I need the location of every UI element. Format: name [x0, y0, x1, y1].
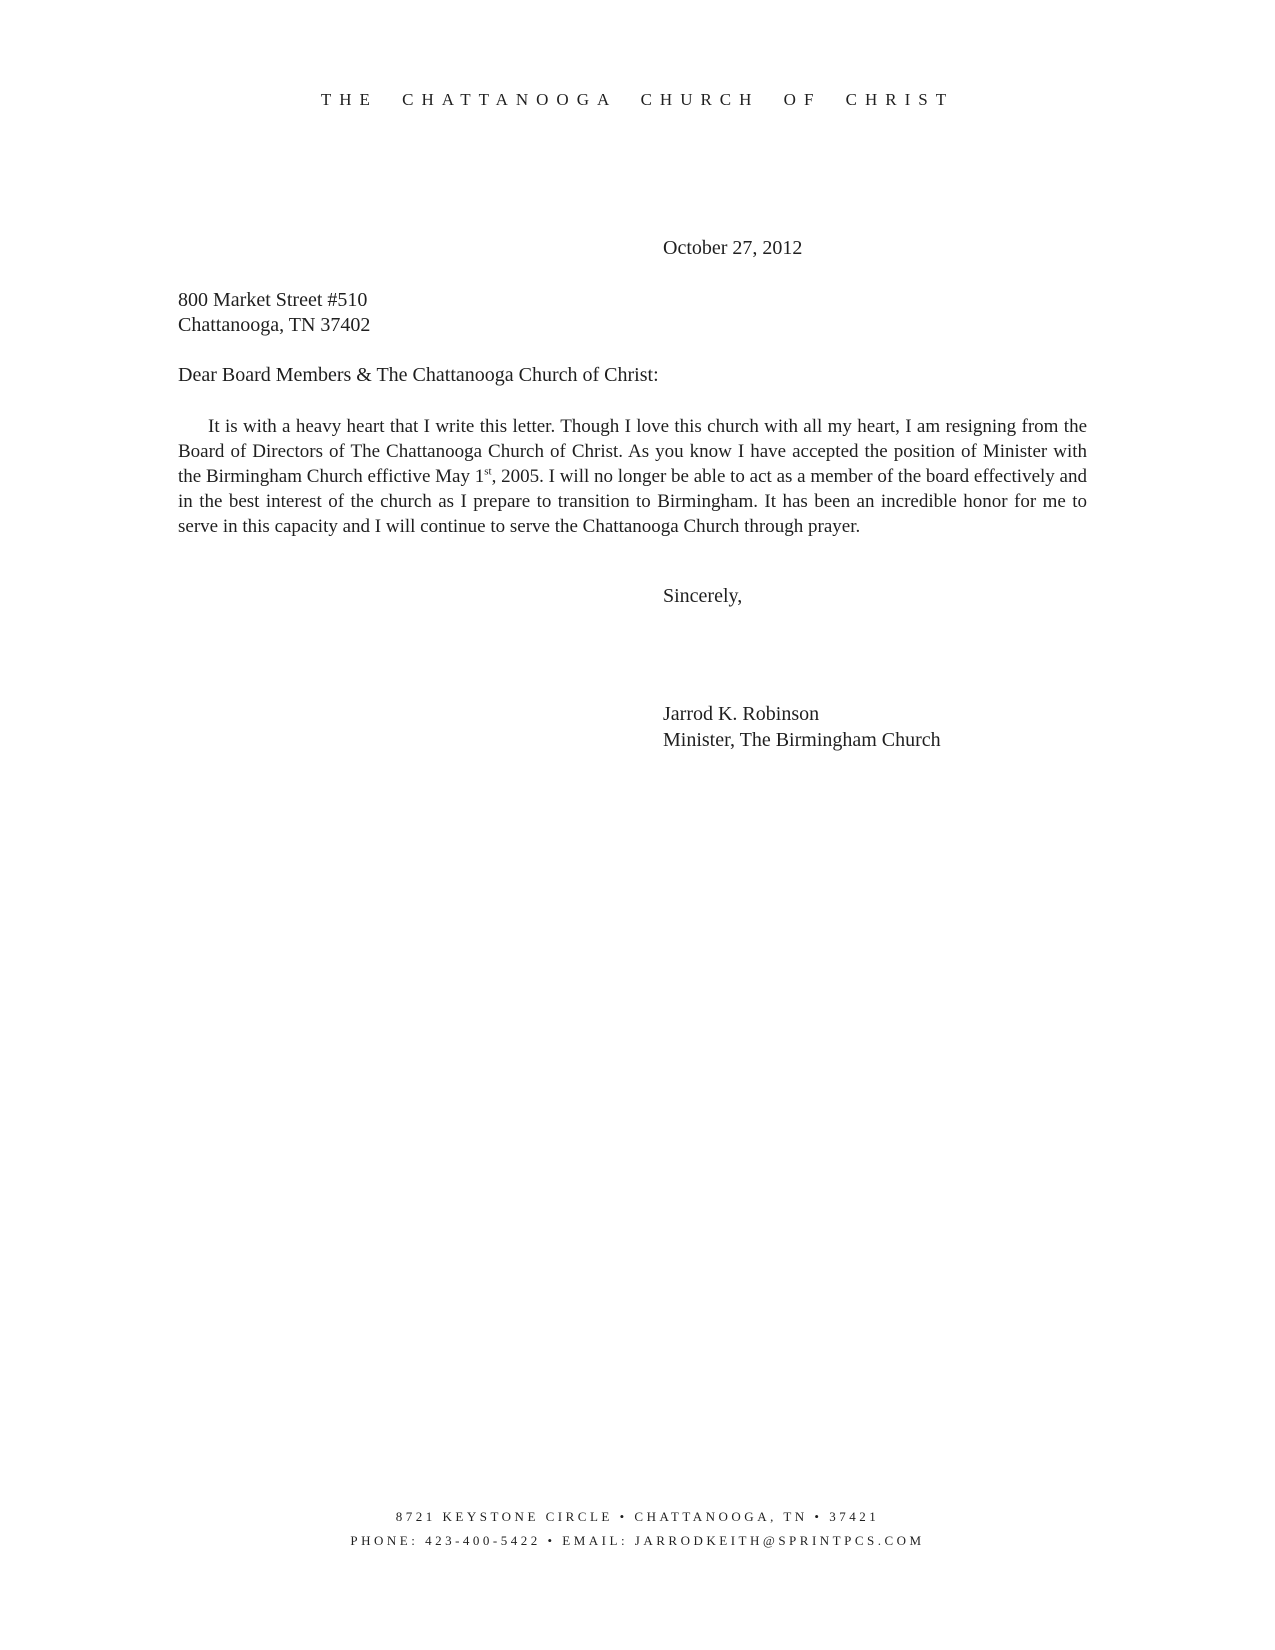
address-line-1: 800 Market Street #510 — [178, 288, 370, 313]
body-paragraph: It is with a heavy heart that I write th… — [178, 414, 1087, 539]
footer-address-line: 8721 KEYSTONE CIRCLE • CHATTANOOGA, TN •… — [0, 1505, 1275, 1529]
signature-block: Jarrod K. Robinson Minister, The Birming… — [663, 701, 941, 753]
footer-contact-line: PHONE: 423-400-5422 • EMAIL: JARRODKEITH… — [0, 1529, 1275, 1553]
address-line-2: Chattanooga, TN 37402 — [178, 313, 370, 338]
document-page: THE CHATTANOOGA CHURCH OF CHRIST October… — [0, 0, 1275, 1650]
ordinal-superscript: st — [484, 466, 491, 478]
date-line: October 27, 2012 — [663, 237, 802, 260]
signature-title: Minister, The Birmingham Church — [663, 727, 941, 753]
salutation: Dear Board Members & The Chattanooga Chu… — [178, 364, 659, 387]
recipient-address: 800 Market Street #510 Chattanooga, TN 3… — [178, 288, 370, 338]
closing: Sincerely, — [663, 585, 742, 608]
letterhead-title: THE CHATTANOOGA CHURCH OF CHRIST — [0, 90, 1275, 110]
signature-name: Jarrod K. Robinson — [663, 701, 941, 727]
footer: 8721 KEYSTONE CIRCLE • CHATTANOOGA, TN •… — [0, 1505, 1275, 1553]
